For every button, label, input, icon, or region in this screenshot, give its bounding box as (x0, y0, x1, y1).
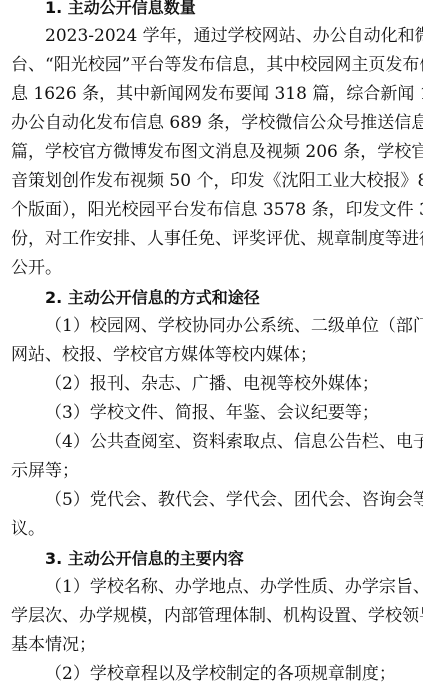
list-item-line: （3）学校文件、简报、年鉴、会议纪要等； (11, 399, 423, 428)
section-heading-2: 2. 主动公开信息的方式和途径 (11, 283, 423, 312)
document-page: 1. 主动公开信息数量 2023-2024 学年，通过学校网站、办公自动化和微信… (0, 0, 433, 684)
section-heading-1: 1. 主动公开信息数量 (11, 0, 423, 22)
section-heading-3: 3. 主动公开信息的主要内容 (11, 544, 423, 573)
paragraph-line: 篇，学校官方微博发布图文消息及视频 206 条，学校官方抖 (11, 138, 423, 167)
paragraph-line: 份，对工作安排、人事任免、评奖评优、规章制度等进行了 (11, 225, 423, 254)
list-item-line: 学层次、办学规模，内部管理体制、机构设置、学校领导等 (11, 602, 423, 631)
list-item-line: （4）公共查阅室、资料索取点、信息公告栏、电子显 (11, 428, 423, 457)
list-item-line: （1）学校名称、办学地点、办学性质、办学宗旨、办 (11, 573, 423, 602)
list-item-line: 议。 (11, 515, 423, 544)
paragraph-line: 个版面），阳光校园平台发布信息 3578 条，印发文件 396 (11, 196, 423, 225)
list-item-line: （5）党代会、教代会、学代会、团代会、咨询会等会 (11, 486, 423, 515)
paragraph-line: 2023-2024 学年，通过学校网站、办公自动化和微信平 (11, 22, 423, 51)
list-item-line: 基本情况； (11, 631, 423, 660)
list-item-line: （1）校园网、学校协同办公系统、二级单位（部门） (11, 312, 423, 341)
list-item-line: 示屏等； (11, 457, 423, 486)
list-item-line: （2）报刊、杂志、广播、电视等校外媒体； (11, 370, 423, 399)
paragraph-line: 息 1626 条，其中新闻网发布要闻 318 篇，综合新闻 163 篇， (11, 80, 423, 109)
paragraph-line: 音策划创作发布视频 50 个，印发《沈阳工业大校报》8 期（四 (11, 167, 423, 196)
list-item-line: （2）学校章程以及学校制定的各项规章制度； (11, 660, 423, 684)
list-item-line: 网站、校报、学校官方媒体等校内媒体； (11, 341, 423, 370)
paragraph-line: 台、“阳光校园”平台等发布信息，其中校园网主页发布信 (11, 51, 423, 80)
paragraph-line: 公开。 (11, 254, 423, 283)
paragraph-line: 办公自动化发布信息 689 条，学校微信公众号推送信息 108 (11, 109, 423, 138)
